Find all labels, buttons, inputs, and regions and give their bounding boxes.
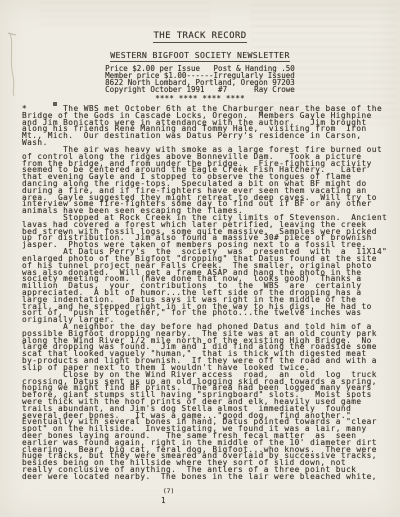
scan-bleedthrough-artifact [40,2,210,28]
masthead-info-lines: Price $2.00 per Issue Post & Handing .50… [105,66,295,94]
masthead-info-line: Copyright October 1991 #7 Ray Crowe [105,87,295,94]
footer-page-number: 1 [161,496,166,505]
newsletter-subtitle: WESTERN BIGFOOT SOCIETY NEWSLETTER [0,50,400,60]
footer-page-reference: (7) [163,488,174,495]
newsletter-title: THE TRACK RECORD [0,31,400,41]
masthead-info-block: Price $2.00 per Issue Post & Handing .50… [0,66,400,96]
newsletter-page: THE TRACK RECORD WESTERN BIGFOOT SOCIETY… [0,0,400,517]
article-line: Mt., Mich. Our destination was Datus Per… [22,133,387,140]
article-body: * The WBS met October 6th at the Charbur… [22,106,387,481]
article-line: deer were located nearby. The bones in t… [22,474,387,481]
asterisk-separator: **** **** **** **** [0,94,400,103]
